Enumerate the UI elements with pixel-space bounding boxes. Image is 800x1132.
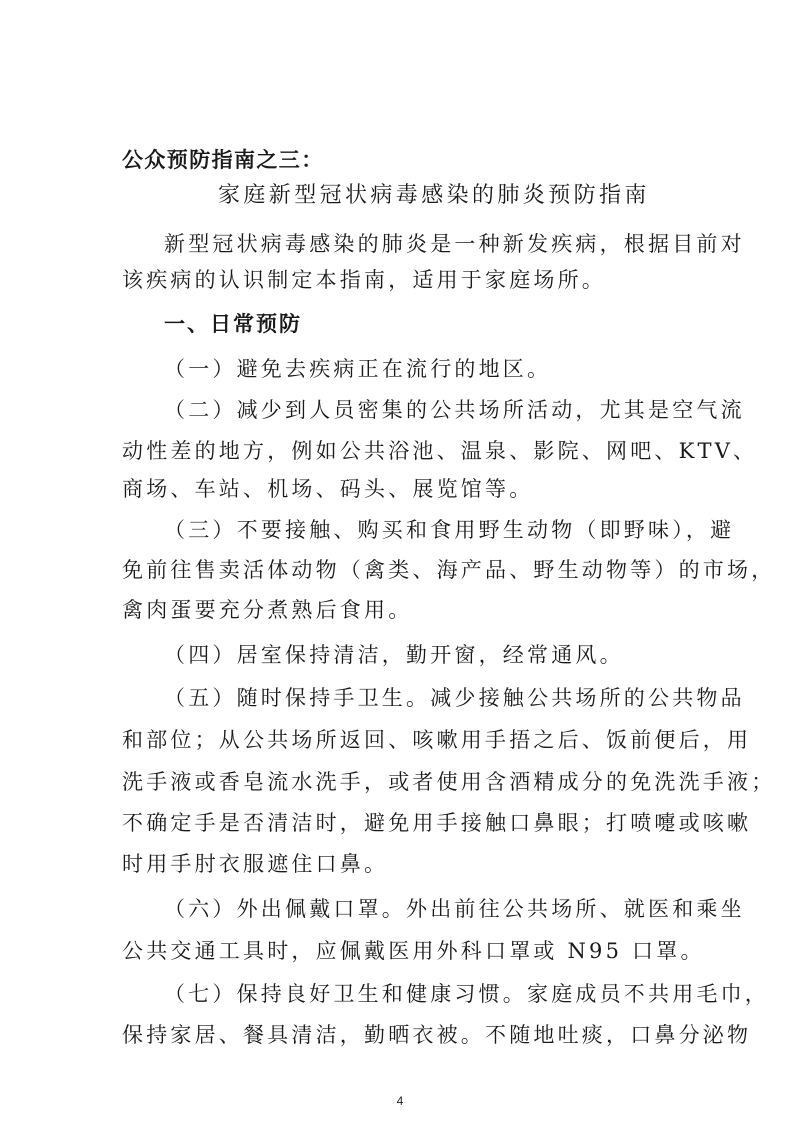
item-7-line-1: （七）保持良好卫生和健康习惯。家庭成员不共用毛巾， (164, 980, 769, 1008)
series-title: 公众预防指南之三： (122, 146, 324, 174)
item-5-line-4: 不确定手是否清洁时，避免用手接触口鼻眼；打喷嚏或咳嗽 (122, 809, 751, 837)
intro-line-2: 该疾病的认识制定本指南，适用于家庭场所。 (122, 266, 606, 294)
item-3-line-2: 免前往售卖活体动物（禽类、海产品、野生动物等）的市场， (122, 556, 775, 584)
item-3-line-1: （三）不要接触、购买和食用野生动物（即野味），避 (164, 516, 734, 544)
item-1-line-1: （一）避免去疾病正在流行的地区。 (164, 355, 551, 383)
document-title: 家庭新型冠状病毒感染的肺炎预防指南 (218, 182, 650, 210)
item-5-line-1: （五）随时保持手卫生。减少接触公共场所的公共物品 (164, 684, 745, 712)
item-3-line-3: 禽肉蛋要充分煮熟后食用。 (122, 596, 412, 624)
document-page: 公众预防指南之三： 家庭新型冠状病毒感染的肺炎预防指南 新型冠状病毒感染的肺炎是… (0, 0, 800, 1132)
item-2-line-3: 商场、车站、机场、码头、展览馆等。 (122, 475, 533, 503)
item-2-line-2: 动性差的地方，例如公共浴池、温泉、影院、网吧、KTV、 (122, 437, 757, 465)
section-heading: 一、日常预防 (164, 310, 302, 338)
item-5-line-2: 和部位；从公共场所返回、咳嗽用手捂之后、饭前便后，用 (122, 726, 751, 754)
item-5-line-5: 时用手肘衣服遮住口鼻。 (122, 850, 388, 878)
item-6-line-2: 公共交通工具时，应佩戴医用外科口罩或 N95 口罩。 (122, 937, 705, 965)
page-number: 4 (0, 1094, 800, 1108)
item-5-line-3: 洗手液或香皂流水洗手，或者使用含酒精成分的免洗洗手液； (122, 768, 775, 796)
item-2-line-1: （二）减少到人员密集的公共场所活动，尤其是空气流 (164, 396, 745, 424)
item-7-line-2: 保持家居、餐具清洁，勤晒衣被。不随地吐痰，口鼻分泌物 (122, 1021, 751, 1049)
intro-line-1: 新型冠状病毒感染的肺炎是一种新发疾病，根据目前对 (164, 230, 745, 258)
item-6-line-1: （六）外出佩戴口罩。外出前往公共场所、就医和乘坐 (164, 895, 745, 923)
item-4-line-1: （四）居室保持清洁，勤开窗，经常通风。 (164, 641, 624, 669)
